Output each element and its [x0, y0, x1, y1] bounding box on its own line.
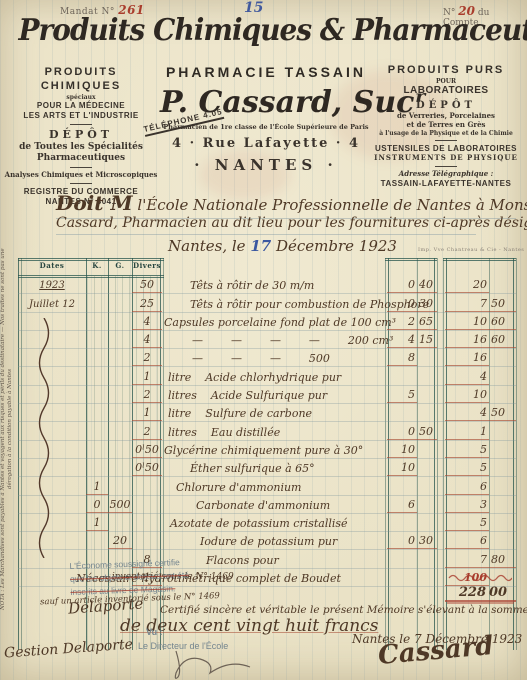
ledger-row: 2litres Acide Sulfurique pur510	[18, 386, 516, 404]
total-francs: 10	[445, 389, 489, 403]
left-depot-title: DÉPÔT	[4, 128, 158, 142]
date-cell	[18, 347, 86, 348]
unit-price-centimes	[417, 402, 437, 403]
ledger-row: 1litre Acide chlorhydrique pur4	[18, 367, 516, 385]
unit-price-centimes	[417, 457, 437, 458]
kilos-cell	[86, 384, 108, 385]
item-description: litre Sulfure de carbone	[168, 408, 387, 421]
ledger-row: 1Chlorure d'ammonium6	[18, 477, 516, 495]
right-arc-line: PRODUITS PURS	[370, 64, 522, 78]
left-sub3: LES ARTS ET L'INDUSTRIE	[4, 111, 158, 121]
total-centimes	[489, 494, 516, 495]
unit-price-francs: 10	[387, 462, 417, 476]
unit-price-francs: 2	[387, 316, 417, 330]
ledger-row: Juillet 1225Têts à rôtir pour combustion…	[18, 294, 516, 312]
column-header-dates: Dates	[18, 261, 86, 270]
table-border	[385, 258, 437, 259]
ledger-rows: 192350Têts à rôtir de 30 m/m04020Juillet…	[18, 276, 516, 587]
unit-price-francs: 0	[387, 426, 417, 440]
unit-price-francs: 8	[387, 352, 417, 366]
total-centimes	[489, 365, 516, 366]
item-description: litres Acide Sulfurique pur	[168, 390, 387, 403]
total-centimes	[489, 457, 516, 458]
unit-price-francs	[387, 494, 417, 495]
certify-line: Certifié sincère et véritable le présent…	[160, 604, 527, 616]
ledger-row: 0ˡ50Glycérine chimiquement pure à 30°105	[18, 441, 516, 459]
date-cell	[18, 512, 86, 513]
date-cell	[18, 384, 86, 385]
item-description: Carbonate d'ammonium	[196, 500, 387, 513]
unit-price-centimes	[417, 384, 437, 385]
date-cell	[18, 494, 86, 495]
total-centimes	[489, 530, 516, 531]
grams-cell	[108, 439, 132, 440]
total-centimes: 50	[489, 407, 516, 421]
invoice-month-year: Décembre 1923	[271, 237, 397, 255]
ledger-row: 4Capsules porcelaine fond plat de 100 cm…	[18, 313, 516, 331]
column-gap	[437, 420, 445, 421]
grams-cell	[108, 347, 132, 348]
table-border	[385, 260, 437, 261]
table-border	[18, 258, 164, 259]
grams-cell: 20	[108, 535, 132, 549]
grams-cell	[108, 384, 132, 385]
total-francs: 5	[445, 444, 489, 458]
divider	[435, 140, 457, 141]
table-border	[443, 258, 516, 259]
date-cell	[18, 402, 86, 403]
date-cell: Juillet 12	[18, 299, 86, 312]
grams-cell	[108, 475, 132, 476]
kilos-cell	[86, 402, 108, 403]
masthead-right-column: PRODUITS PURS POUR LABORATOIRES DÉPÔT de…	[370, 64, 522, 189]
divers-qty-cell: 1	[132, 407, 162, 421]
divers-qty-cell: 4	[132, 334, 162, 348]
total-centimes	[489, 475, 516, 476]
salutation-line2: Cassard, Pharmacien au dit lieu pour les…	[56, 215, 476, 235]
divers-qty-cell	[132, 530, 162, 531]
ledger-row: 1litre Sulfure de carbone450	[18, 404, 516, 422]
divers-qty-cell	[132, 512, 162, 513]
right-instruments: INSTRUMENTS DE PHYSIQUE	[370, 154, 522, 163]
total-centimes: 60	[489, 334, 516, 348]
unit-price-francs	[387, 530, 417, 531]
ledger-row: 4— — — — 200 cm³4151660	[18, 331, 516, 349]
column-gap	[437, 585, 445, 586]
nota-line1: NOTA : Les Marchandises sont payables à …	[0, 334, 6, 610]
column-gap	[437, 347, 445, 348]
ledger-row: 2— — — 500816	[18, 349, 516, 367]
divers-qty-cell: 25	[132, 298, 162, 312]
total-centimes	[489, 384, 516, 385]
invoice-day: 17	[250, 237, 271, 255]
margin-nota: NOTA : Les Marchandises sont payables à …	[0, 248, 16, 610]
invoice-document: Mandat N° 261 15 N° 20 du Compte Produit…	[0, 0, 527, 680]
date-cell	[18, 457, 86, 458]
left-arc-line: PRODUITS CHIMIQUES	[4, 66, 158, 94]
unit-price-centimes: 50	[417, 426, 437, 440]
divers-qty-cell: 50	[132, 279, 162, 293]
grams-cell	[108, 365, 132, 366]
divers-qty-cell	[132, 494, 162, 495]
column-gap	[437, 494, 445, 495]
kilos-cell	[86, 347, 108, 348]
total-centimes	[489, 439, 516, 440]
divers-qty-cell: 1	[132, 371, 162, 385]
date-cell	[18, 548, 86, 549]
column-gap	[437, 292, 445, 293]
total-centimes	[489, 512, 516, 513]
total-francs: 7	[445, 298, 489, 312]
kilos-cell	[86, 548, 108, 549]
column-header-g: G.	[108, 261, 132, 270]
left-sub1: spéciaux	[4, 94, 158, 102]
divers-qty-cell: 2	[132, 389, 162, 403]
ledger-row: 0500Carbonate d'ammonium63	[18, 496, 516, 514]
item-description: Glycérine chimiquement pure à 30°	[164, 445, 387, 458]
total-francs: 4	[445, 371, 489, 385]
invoice-place-date: Nantes, le 17 Décembre 1923	[168, 237, 397, 255]
left-depot-line1: de Toutes les Spécialités	[4, 142, 158, 153]
total-francs: 6	[445, 481, 489, 495]
column-gap	[437, 567, 445, 568]
item-description: Iodure de potassium pur	[200, 536, 387, 549]
grams-cell	[108, 530, 132, 531]
unit-price-francs	[387, 567, 417, 568]
grams-cell	[108, 329, 132, 330]
unit-price-centimes: 40	[417, 279, 437, 293]
total-centimes: 60	[489, 316, 516, 330]
kilos-cell	[86, 329, 108, 330]
total-centimes	[489, 402, 516, 403]
grams-cell	[108, 402, 132, 403]
unit-price-centimes	[417, 585, 437, 586]
total-francs: 16	[445, 352, 489, 366]
kilos-cell	[86, 311, 108, 312]
item-description: Capsules porcelaine fond plat de 100 cm³	[164, 317, 387, 330]
pharmacy-name: PHARMACIE TASSAIN	[160, 64, 372, 82]
total-francs: 3	[445, 499, 489, 513]
item-description: Chlorure d'ammonium	[176, 482, 387, 495]
grand-total-francs: 228	[445, 585, 489, 600]
grams-cell	[108, 457, 132, 458]
unit-price-centimes	[417, 567, 437, 568]
divider	[70, 167, 92, 168]
grand-total-centimes: 00	[489, 585, 516, 600]
unit-price-francs: 0	[387, 279, 417, 293]
total-francs: 6	[445, 535, 489, 549]
divers-qty-cell: 2	[132, 426, 162, 440]
ledger-row: 0ˡ50Éther sulfurique à 65°105	[18, 459, 516, 477]
divers-qty-cell: 0ˡ50	[132, 462, 162, 476]
grand-total: 228 00	[445, 585, 516, 602]
divers-qty-cell: 2	[132, 352, 162, 366]
kilos-cell	[86, 457, 108, 458]
right-depot-line2: et de Terres en Grès	[370, 121, 522, 130]
telegraph-address: TASSAIN-LAFAYETTE-NANTES	[370, 179, 522, 189]
kilos-cell: 1	[86, 481, 108, 495]
unit-price-centimes	[417, 530, 437, 531]
item-description: Éther sulfurique à 65°	[190, 463, 387, 476]
grams-cell	[108, 420, 132, 421]
printer-imprint: Imp. Vve Chantreau & Cie - Nantes	[418, 247, 524, 253]
divers-qty-cell: 4	[132, 316, 162, 330]
left-depot-line2: Pharmaceutiques	[4, 153, 158, 164]
item-description: — — — 500	[192, 353, 387, 366]
telegraph-label: Adresse Télégraphique :	[370, 170, 522, 179]
city-name: · NANTES ·	[160, 156, 372, 175]
kilos-cell	[86, 365, 108, 366]
kilos-cell	[86, 292, 108, 293]
total-francs: 1	[445, 426, 489, 440]
item-description: Azotate de potassium cristallisé	[170, 518, 387, 531]
unit-price-francs: 6	[387, 499, 417, 513]
kilos-cell	[86, 439, 108, 440]
right-depot-line3: à l'usage de la Physique et de la Chimie	[370, 130, 522, 138]
grams-cell	[108, 292, 132, 293]
ledger-row: 20Iodure de potassium pur0306	[18, 532, 516, 550]
left-analyses: Analyses Chimiques et Microscopiques	[4, 171, 158, 180]
item-description: Têts à rôtir pour combustion de Phosphor…	[190, 299, 387, 312]
unit-price-francs	[387, 420, 417, 421]
total-francs: 16	[445, 334, 489, 348]
director-label: Le Directeur de l'École	[138, 641, 228, 651]
unit-price-centimes	[417, 365, 437, 366]
date-cell	[18, 475, 86, 476]
column-header-k: K.	[86, 261, 108, 270]
kilos-cell	[86, 475, 108, 476]
street-address: 4 · Rue Lafayette · 4	[160, 136, 372, 152]
left-sub2: POUR LA MÉDECINE	[4, 101, 158, 111]
grams-cell	[108, 494, 132, 495]
total-francs: 7	[445, 554, 489, 568]
column-gap	[437, 311, 445, 312]
gestion-note: Gestion Delaporte	[4, 637, 134, 662]
unit-price-centimes: 30	[417, 535, 437, 549]
divider	[70, 183, 92, 184]
masthead-left-column: PRODUITS CHIMIQUES spéciaux POUR LA MÉDE…	[4, 66, 158, 207]
kilos-cell	[86, 420, 108, 421]
unit-price-centimes	[417, 475, 437, 476]
right-labs: LABORATOIRES	[370, 85, 522, 98]
date-cell	[18, 329, 86, 330]
place-prefix: Nantes, le	[168, 237, 250, 255]
column-gap	[437, 548, 445, 549]
divider	[435, 166, 457, 167]
column-gap	[437, 439, 445, 440]
total-francs: 20	[445, 279, 489, 293]
total-centimes: 50	[489, 298, 516, 312]
item-description: — — — — 200 cm³	[192, 335, 387, 348]
total-francs: 100	[445, 572, 489, 586]
total-francs: 5	[445, 517, 489, 531]
divers-qty-cell	[132, 548, 162, 549]
salutation-rest: l'École Nationale Professionnelle de Nan…	[133, 196, 527, 214]
kilos-cell: 1	[86, 517, 108, 531]
total-centimes	[489, 292, 516, 293]
table-border	[516, 258, 517, 650]
divers-qty-cell: 0ˡ50	[132, 444, 162, 458]
unit-price-centimes	[417, 420, 437, 421]
salutation-doit: Doit M	[56, 191, 133, 215]
table-border	[443, 260, 516, 261]
vu-label: Vu :	[146, 627, 163, 637]
unit-price-francs: 0	[387, 298, 417, 312]
unit-price-centimes: 15	[417, 334, 437, 348]
econome-signature: Delaporte	[67, 594, 143, 617]
unit-price-centimes: 65	[417, 316, 437, 330]
unit-price-centimes: 30	[417, 298, 437, 312]
total-francs: 10	[445, 316, 489, 330]
unit-price-francs: 0	[387, 535, 417, 549]
column-gap	[437, 365, 445, 366]
column-gap	[437, 329, 445, 330]
company-title: Produits Chimiques & Pharmaceutiques	[18, 13, 508, 48]
unit-price-francs	[387, 384, 417, 385]
column-gap	[437, 530, 445, 531]
date-cell: 1923	[18, 280, 86, 293]
right-pour: POUR	[370, 78, 522, 86]
total-centimes: 80	[489, 554, 516, 568]
grams-cell	[108, 311, 132, 312]
column-gap	[437, 512, 445, 513]
total-francs: 4	[445, 407, 489, 421]
unit-price-centimes	[417, 512, 437, 513]
date-cell	[18, 530, 86, 531]
column-header-divers: Divers	[132, 261, 162, 270]
column-gap	[437, 384, 445, 385]
ledger-row: 1Azotate de potassium cristallisé5	[18, 514, 516, 532]
unit-price-francs: 5	[387, 389, 417, 403]
column-gap	[437, 457, 445, 458]
total-francs: 5	[445, 462, 489, 476]
item-description: litres Eau distillée	[168, 427, 387, 440]
date-cell	[18, 365, 86, 366]
ledger-row: 192350Têts à rôtir de 30 m/m04020	[18, 276, 516, 294]
total-centimes	[489, 548, 516, 549]
divider	[70, 124, 92, 125]
date-cell	[18, 439, 86, 440]
grams-cell: 500	[108, 499, 132, 513]
column-gap	[437, 402, 445, 403]
unit-price-francs: 10	[387, 444, 417, 458]
unit-price-francs	[387, 585, 417, 586]
item-description: Têts à rôtir de 30 m/m	[190, 280, 387, 293]
date-cell	[18, 420, 86, 421]
item-description: litre Acide chlorhydrique pur	[168, 372, 387, 385]
column-gap	[437, 475, 445, 476]
unit-price-centimes	[417, 494, 437, 495]
unit-price-francs: 4	[387, 334, 417, 348]
ledger-row: 2litres Eau distillée0501	[18, 422, 516, 440]
kilos-cell: 0	[86, 499, 108, 513]
